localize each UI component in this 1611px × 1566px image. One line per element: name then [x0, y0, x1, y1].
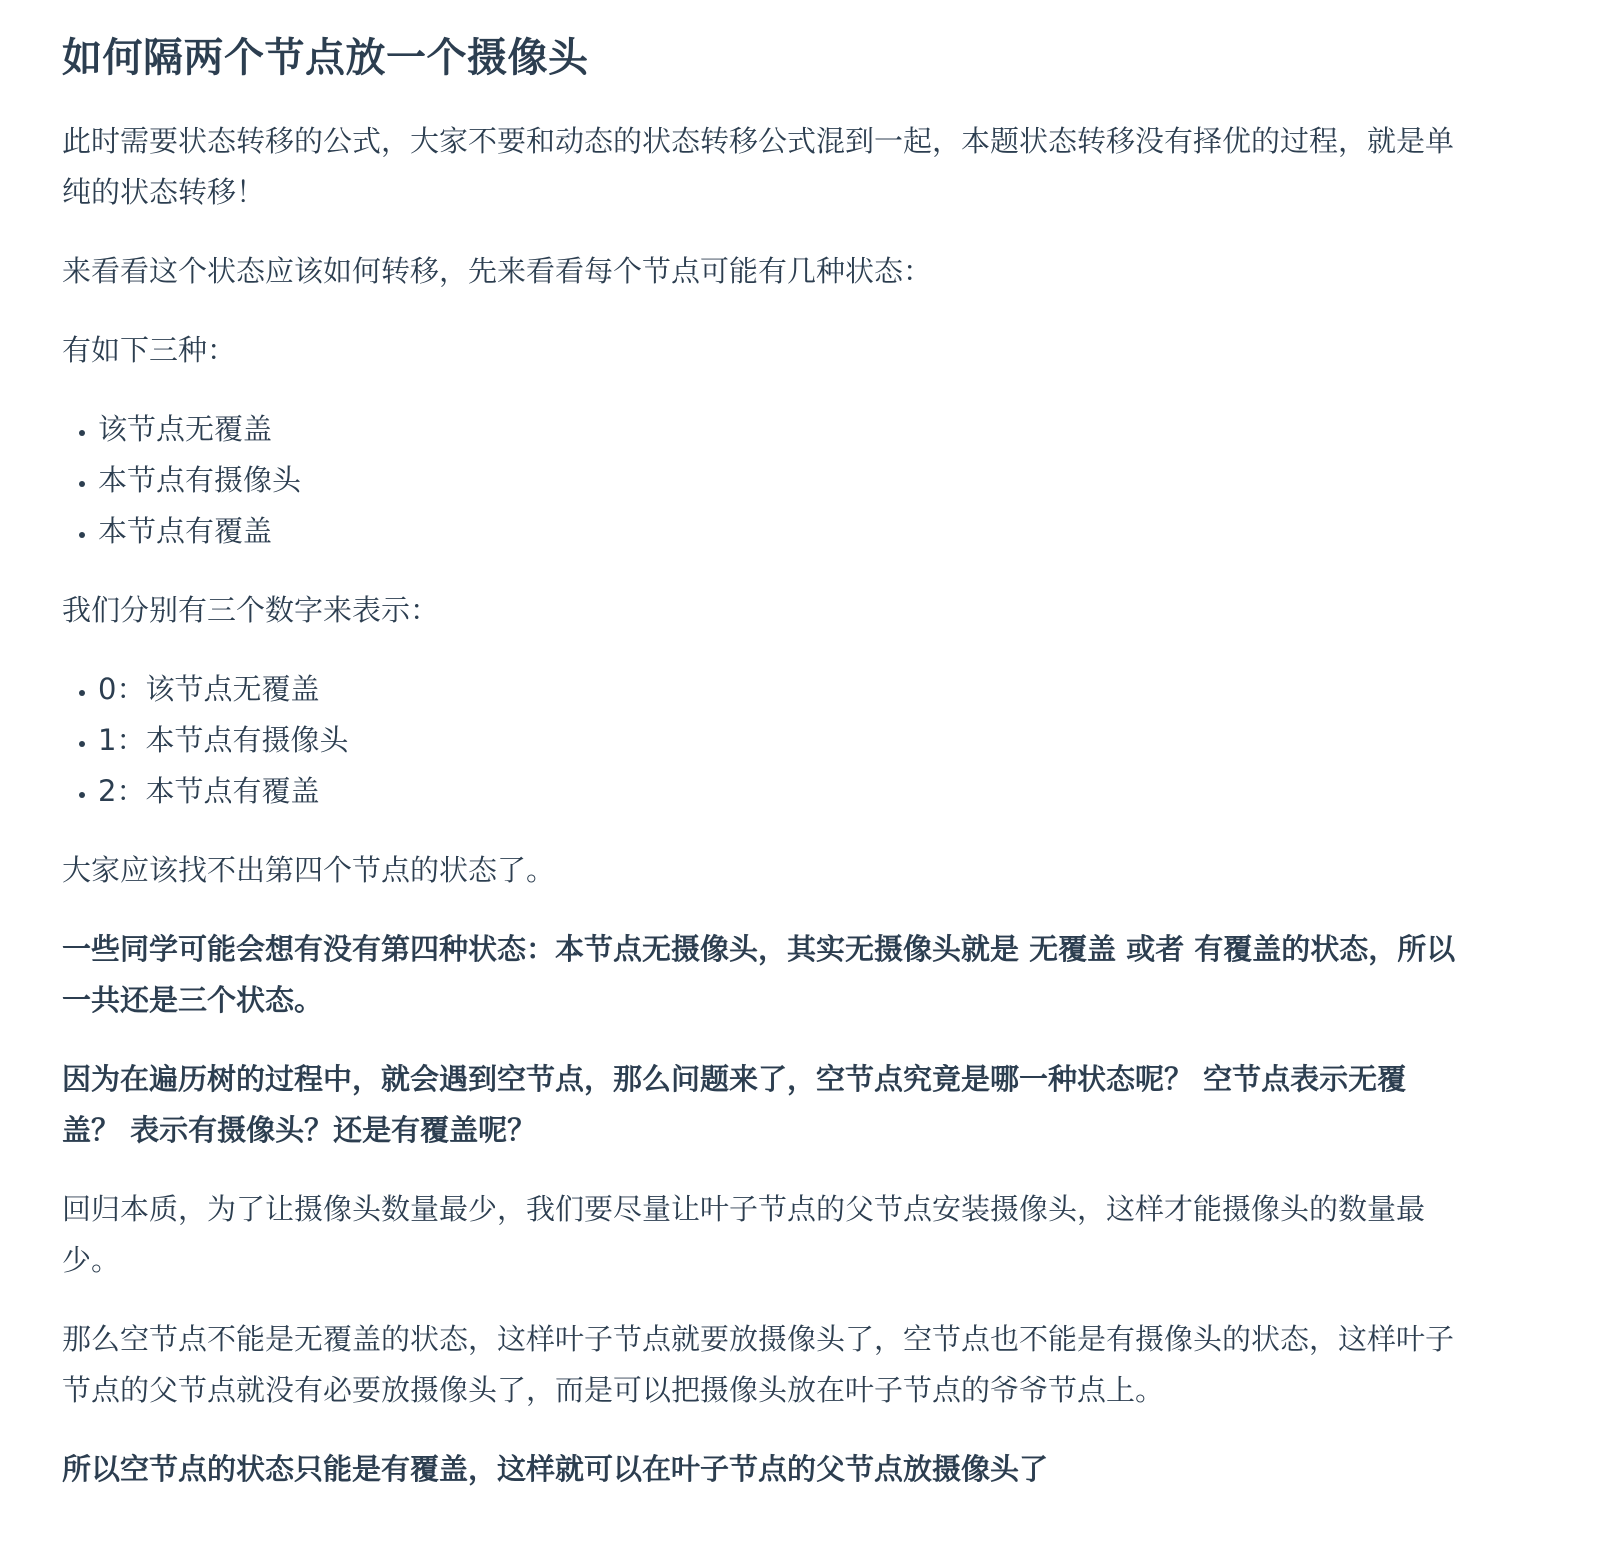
paragraph-intro: 此时需要状态转移的公式，大家不要和动态的状态转移公式混到一起，本题状态转移没有择… [62, 116, 1462, 218]
paragraph-conclusion: 所以空节点的状态只能是有覆盖，这样就可以在叶子节点的父节点放摄像头了 [62, 1444, 1462, 1495]
article: 如何隔两个节点放一个摄像头 此时需要状态转移的公式，大家不要和动态的状态转移公式… [0, 0, 1462, 1495]
paragraph-no-fourth: 大家应该找不出第四个节点的状态了。 [62, 845, 1462, 896]
list-item: 该节点无覆盖 [98, 404, 1462, 455]
paragraph-three-kinds: 有如下三种： [62, 325, 1462, 376]
list-item: 本节点有覆盖 [98, 506, 1462, 557]
paragraph-states-question: 来看看这个状态应该如何转移，先来看看每个节点可能有几种状态： [62, 246, 1462, 297]
paragraph-fourth-state-note: 一些同学可能会想有没有第四种状态：本节点无摄像头，其实无摄像头就是 无覆盖 或者… [62, 924, 1462, 1026]
list-item: 0：该节点无覆盖 [98, 664, 1462, 715]
numbered-states-list: 0：该节点无覆盖 1：本节点有摄像头 2：本节点有覆盖 [62, 664, 1462, 817]
states-list: 该节点无覆盖 本节点有摄像头 本节点有覆盖 [62, 404, 1462, 557]
paragraph-null-node-reasoning: 那么空节点不能是无覆盖的状态，这样叶子节点就要放摄像头了，空节点也不能是有摄像头… [62, 1314, 1462, 1416]
paragraph-numbers: 我们分别有三个数字来表示： [62, 585, 1462, 636]
list-item: 2：本节点有覆盖 [98, 766, 1462, 817]
list-item: 本节点有摄像头 [98, 455, 1462, 506]
section-heading: 如何隔两个节点放一个摄像头 [62, 30, 1462, 86]
list-item: 1：本节点有摄像头 [98, 715, 1462, 766]
paragraph-null-node-question: 因为在遍历树的过程中，就会遇到空节点，那么问题来了，空节点究竟是哪一种状态呢？ … [62, 1054, 1462, 1156]
paragraph-essence: 回归本质，为了让摄像头数量最少，我们要尽量让叶子节点的父节点安装摄像头，这样才能… [62, 1184, 1462, 1286]
